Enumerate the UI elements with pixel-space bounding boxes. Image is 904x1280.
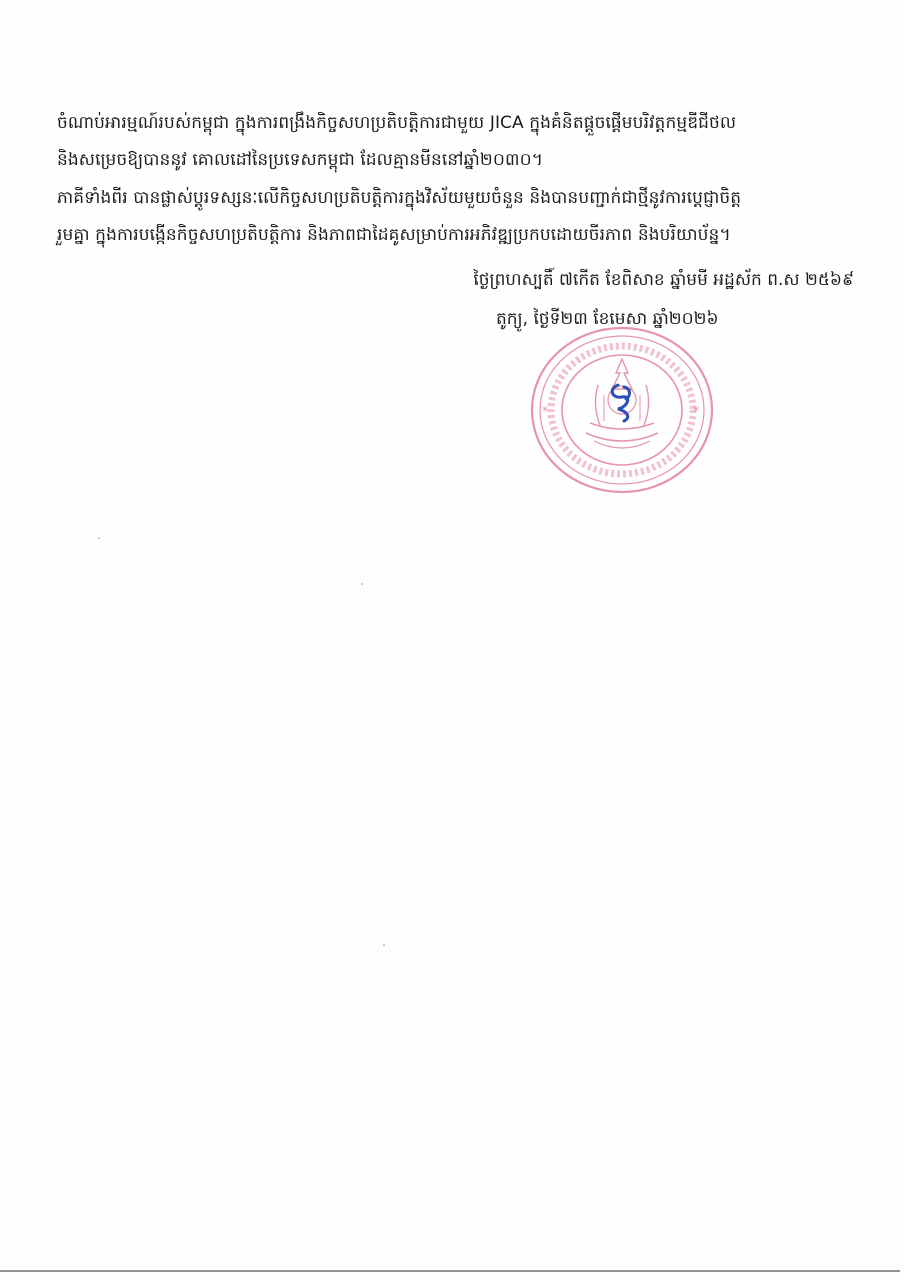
paragraph-line: រួមគ្នា ក្នុងការបង្កើនកិច្ចសហប្រតិបត្តិក… [57, 217, 857, 254]
bottom-rule [0, 1270, 900, 1272]
document-page: ចំណាប់អារម្មណ៍របស់កម្ពុជា ក្នុងការពង្រឹង… [0, 0, 904, 1280]
paragraph-line: ចំណាប់អារម្មណ៍របស់កម្ពុជា ក្នុងការពង្រឹង… [57, 105, 857, 142]
svg-text:*: * [542, 404, 548, 418]
paragraph-line: ភាគីទាំងពីរ បានផ្លាស់ប្តូរទស្សនៈលើកិច្ចស… [57, 180, 857, 217]
lunar-date: ថ្ងៃព្រហស្បតិ៍ ៧កើត ខែពិសាខ ឆ្នាំមមី អដ្… [473, 263, 854, 297]
paragraph-line: និងសម្រេចឱ្យបាននូវ គោលដៅនៃប្រទេសកម្ពុជា … [57, 142, 857, 179]
svg-text:*: * [693, 404, 699, 418]
scan-speck [383, 944, 385, 946]
scan-speck [98, 537, 100, 539]
paragraph-cambodia-interest: ចំណាប់អារម្មណ៍របស់កម្ពុជា ក្នុងការពង្រឹង… [57, 105, 857, 179]
official-seal-icon: * * [528, 325, 716, 495]
paragraph-both-sides: ភាគីទាំងពីរ បានផ្លាស់ប្តូរទស្សនៈលើកិច្ចស… [57, 180, 857, 254]
scan-speck [361, 583, 363, 585]
